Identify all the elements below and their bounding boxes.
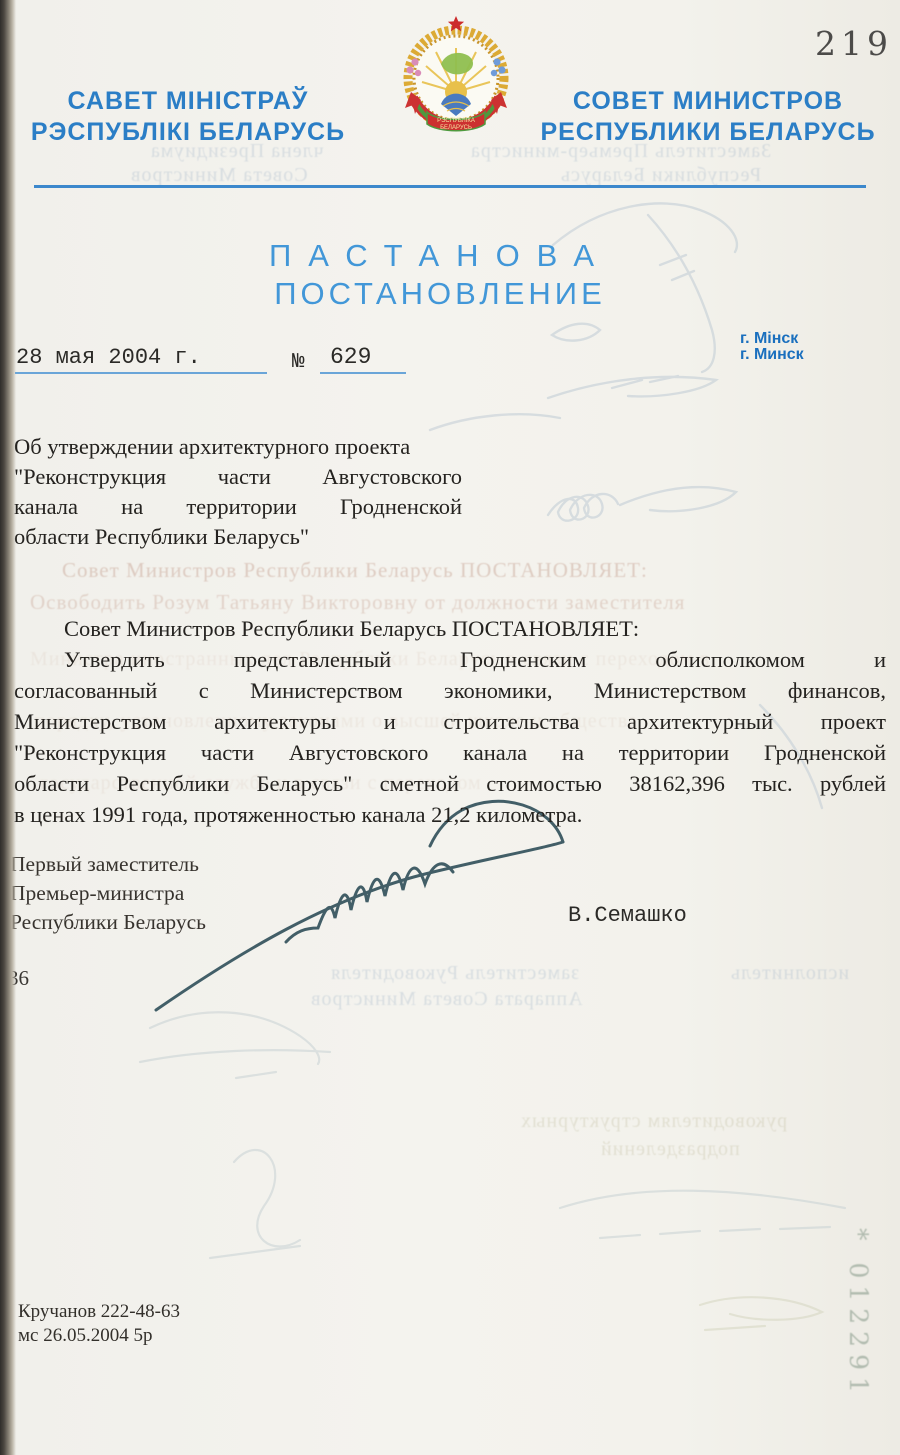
- emblem-banner-line2: БЕЛАРУСЬ: [440, 125, 472, 131]
- decree-subject: Об утверждении архитектурного проекта "Р…: [14, 432, 462, 552]
- book-gutter-shadow: [0, 0, 16, 1455]
- place-block: г. Мінск г. Минск: [740, 331, 804, 363]
- subject-line: Об утверждении архитектурного проекта: [14, 432, 462, 462]
- letterhead-ru-line1: СОВЕТ МИНИСТРОВ: [532, 86, 884, 117]
- body-line: области Республики Беларусь" сметной сто…: [14, 768, 886, 799]
- page-number: 219: [815, 24, 893, 63]
- header-divider-rule: [34, 185, 866, 188]
- number-sign: №: [292, 351, 305, 374]
- body-line: Совет Министров Республики Беларусь ПОСТ…: [14, 613, 886, 644]
- footer-typing-note: мс 26.05.2004 5р: [18, 1324, 180, 1348]
- place-belarusian: г. Мінск: [740, 331, 804, 347]
- emblem-banner-line1: РЭСПУБЛІКА: [437, 118, 475, 124]
- footer-executor: Кручанов 222-48-63: [18, 1300, 180, 1324]
- signatory-position-line: Премьер-министра: [10, 879, 270, 908]
- decree-date: 28 мая 2004 г.: [16, 345, 201, 370]
- belarus-coat-of-arms: РЭСПУБЛІКА БЕЛАРУСЬ: [393, 12, 519, 140]
- signatory-name: В.Семашко: [568, 903, 687, 928]
- body-line: согласованный с Министерством экономики,…: [14, 675, 886, 706]
- date-underline: [15, 372, 267, 374]
- decree-number: 629: [330, 344, 371, 370]
- decree-title-belarusian: ПАСТАНОВА: [150, 238, 730, 274]
- decree-title-russian: ПОСТАНОВЛЕНИЕ: [150, 276, 730, 312]
- decree-body: Совет Министров Республики Беларусь ПОСТ…: [14, 613, 886, 830]
- scanned-decree-page: члена Президиума Совета Министров Замест…: [0, 0, 900, 1455]
- signatory-position-line: Республики Беларусь: [10, 908, 270, 937]
- body-line: Утвердить представленный Гродненским обл…: [14, 644, 886, 675]
- signatory-position-line: Первый заместитель: [10, 850, 270, 879]
- subject-line: области Республики Беларусь": [14, 522, 462, 552]
- subject-line: "Реконструкция части Августовского: [14, 462, 462, 492]
- letterhead-belarusian: САВЕТ МІНІСТРАЎ РЭСПУБЛІКІ БЕЛАРУСЬ: [12, 86, 364, 148]
- body-line: Министерством архитектуры и строительств…: [14, 706, 886, 737]
- number-underline: [320, 372, 406, 374]
- letterhead-by-line2: РЭСПУБЛІКІ БЕЛАРУСЬ: [12, 117, 364, 148]
- footer-block: Кручанов 222-48-63 мс 26.05.2004 5р: [18, 1300, 180, 1348]
- body-line: "Реконструкция части Августовского канал…: [14, 737, 886, 768]
- registration-stamp-number: * 012291: [844, 1228, 873, 1446]
- subject-line: канала на территории Гродненской: [14, 492, 462, 522]
- place-russian: г. Минск: [740, 347, 804, 363]
- signatory-position: Первый заместитель Премьер-министра Респ…: [10, 850, 270, 937]
- letterhead-ru-line2: РЕСПУБЛИКИ БЕЛАРУСЬ: [532, 117, 884, 148]
- letterhead-russian: СОВЕТ МИНИСТРОВ РЕСПУБЛИКИ БЕЛАРУСЬ: [532, 86, 884, 148]
- letterhead-by-line1: САВЕТ МІНІСТРАЎ: [12, 86, 364, 117]
- body-line: в ценах 1991 года, протяженностью канала…: [14, 799, 886, 830]
